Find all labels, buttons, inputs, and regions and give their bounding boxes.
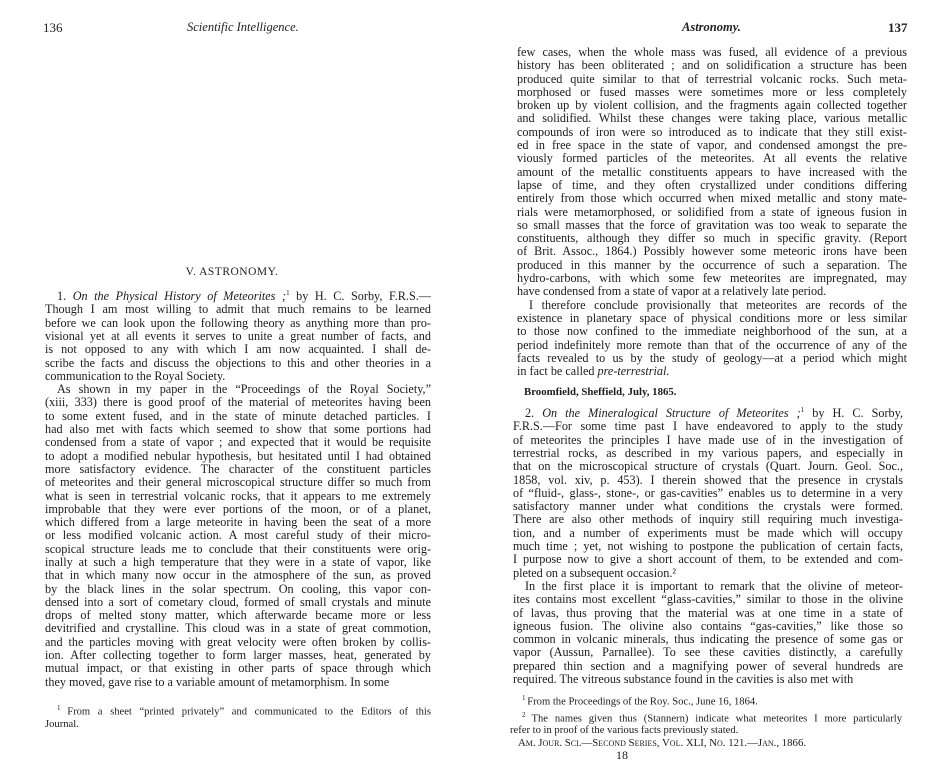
text-line: compounds of iron were so introduced as … (517, 126, 907, 139)
article-1-body: 1. On the Physical History of Meteorites… (45, 287, 431, 689)
text-line: common in volcanic minerals, thus indica… (513, 633, 903, 646)
text-line: and the particles moving with great velo… (45, 636, 431, 649)
running-head: Scientific Intelligence. (187, 20, 299, 35)
text-line: morphosed or fused masses were sometimes… (517, 86, 907, 99)
text-line: to adopt a modified nebular hypothesis, … (45, 450, 431, 463)
article-title: On the Mineralogical Structure of Meteor… (542, 406, 800, 420)
article-number: 1. (57, 289, 66, 303)
text-line: tion, and a number of experiments must b… (513, 527, 903, 540)
text-line: visional yet at all events it serves to … (45, 330, 431, 343)
article-1-title-line: 1. On the Physical History of Meteorites… (45, 287, 431, 303)
sheet-number: 18 (616, 748, 628, 760)
text-line: of meteorites and their general microsco… (45, 476, 431, 489)
text-line: produced in this manner by the occurrenc… (517, 259, 907, 272)
page-number: 137 (888, 20, 908, 36)
text-line: of lavas, thus proving that the material… (513, 607, 903, 620)
article-2-title-line: 2. On the Mineralogical Structure of Met… (513, 404, 903, 420)
article-2-body: 2. On the Mineralogical Structure of Met… (513, 404, 903, 686)
text-line: few cases, when the whole mass was fused… (517, 46, 907, 59)
text-line: densed into a sort of cometary cloud, fo… (45, 596, 431, 609)
text-line: 2 The names given thus (Stannern) indica… (510, 709, 902, 726)
text-line: that on the microscopical structure of c… (513, 460, 903, 473)
conclusion-paragraph: I therefore conclude provisionally that … (517, 299, 907, 379)
article-2-paragraph-2: In the first place it is important to re… (513, 580, 903, 686)
text-line: history has been obliterated ; and on so… (517, 59, 907, 72)
text-line: existence in planetary space of physical… (517, 312, 907, 325)
article-byline: by H. C. Sorby, F.R.S.— (296, 289, 431, 303)
text-line: satisfactory manner under what condition… (513, 500, 903, 513)
journal-signature-text: Am. Jour. Sci.—Second Series, Vol. XLI, … (518, 737, 806, 749)
text-line: facts revealed to us by the study of geo… (517, 352, 907, 365)
text-line: rials were metamorphosed, or solidified … (517, 206, 907, 219)
text-line: As shown in my paper in the “Proceedings… (45, 383, 431, 396)
text-line: Journal. (45, 719, 431, 731)
left-page: 136 Scientific Intelligence. V. ASTRONOM… (0, 0, 464, 760)
text-line: have condensed from a state of vapor at … (517, 285, 907, 298)
text-line: 1858, vol. xiv, p. 453). I therein showe… (513, 474, 903, 487)
article-1-continuation: few cases, when the whole mass was fused… (517, 46, 907, 378)
article-1-paragraph-2: As shown in my paper in the “Proceedings… (45, 383, 431, 689)
text-line: viously formed particles of the meteorit… (517, 152, 907, 165)
text-line: F.R.S.—For some time past I have endeavo… (513, 420, 903, 433)
footnote-2: 2 The names given thus (Stannern) indica… (510, 709, 902, 738)
text-line: ion. After collecting together to form l… (45, 649, 431, 662)
footnote-1: 1 From the Proceedings of the Roy. Soc.,… (510, 692, 902, 709)
text-line: prepared thin section and a magnifying p… (513, 660, 903, 673)
text-line: or less modified volcanic action. A most… (45, 529, 431, 542)
text-line: that in which many now occur in the atmo… (45, 569, 431, 582)
text-line: entirely from those which occurred when … (517, 192, 907, 205)
text-line: required. The vitreous substance found i… (513, 673, 903, 686)
text-line: of meteorites the principles I have made… (513, 434, 903, 447)
text-line: Though I am most willing to admit that m… (45, 303, 431, 316)
text-line: inally at such a high temperature that t… (45, 556, 431, 569)
text-line: is not opposed to any with which I am no… (45, 343, 431, 356)
text-line: constituents, although they differ so mu… (517, 232, 907, 245)
text-line: drops of melted stony matter, which afte… (45, 609, 431, 622)
page-number: 136 (43, 20, 63, 36)
text-line: to some extent fused, and in the state o… (45, 410, 431, 423)
footnote-ref: 1 (801, 406, 805, 414)
text-line: had also met with facts which seemed to … (45, 423, 431, 436)
text-line: lapse of time, and they often crystalliz… (517, 179, 907, 192)
text-line: so small masses that the force of gravit… (517, 219, 907, 232)
right-footnotes: 1 From the Proceedings of the Roy. Soc.,… (510, 692, 902, 737)
text-line: of “fluid-, glass-, stone-, or gas-cavit… (513, 487, 903, 500)
text-line: (xiii, 333) there is good proof of the m… (45, 396, 431, 409)
text-line: I purpose now to give a short account of… (513, 553, 903, 566)
left-footnotes: 1 From a sheet “printed privately” and c… (45, 702, 431, 731)
running-head: Astronomy. (682, 20, 741, 35)
article-number: 2. (525, 406, 534, 420)
text-line: by the black lines in the solar spectrum… (45, 583, 431, 596)
text-line: much time ; yet, not wishing to postpone… (513, 540, 903, 553)
right-page: Astronomy. 137 few cases, when the whole… (464, 0, 928, 760)
text-line: of Brit. Assoc., 1864.) Possibly however… (517, 245, 907, 258)
text-line: what is seen in terrestrial volcanic roc… (45, 490, 431, 503)
text-line: period indefinitely more remote than tha… (517, 339, 907, 352)
text-line: devitrified and crystalline. This cloud … (45, 622, 431, 635)
article-2-paragraph-1: F.R.S.—For some time past I have endeavo… (513, 420, 903, 580)
footnote-ref: 1 (286, 289, 290, 297)
text-line: communication to the Royal Society. (45, 370, 431, 383)
text-line: pleted on a subsequent occasion.² (513, 567, 903, 580)
text-line: hydro-carbons, with which some few meteo… (517, 272, 907, 285)
text-line: 1 From the Proceedings of the Roy. Soc.,… (510, 692, 902, 709)
text-line: mutual impact, or that existing in other… (45, 662, 431, 675)
text-line: to those now confined to the immediate n… (517, 325, 907, 338)
text-line: which differed from a large meteorite in… (45, 516, 431, 529)
article-title: On the Physical History of Meteorites ; (73, 289, 286, 303)
text-line: condensed from a state of vapor ; and ex… (45, 436, 431, 449)
journal-signature: Am. Jour. Sci.—Second Series, Vol. XLI, … (518, 737, 806, 749)
footnote-1: 1 From a sheet “printed privately” and c… (45, 702, 431, 731)
text-line: I therefore conclude provisionally that … (517, 299, 907, 312)
text-line: ites contains most excellent “glass-cavi… (513, 593, 903, 606)
text-line: in fact be called pre-terrestrial. (517, 365, 907, 378)
text-line: ed in free space in the state of vapor, … (517, 139, 907, 152)
text-line: There are also other methods of inquiry … (513, 513, 903, 526)
text-line: broken up by violent collision, and the … (517, 99, 907, 112)
text-line: terrestrial rocks, as described in my va… (513, 447, 903, 460)
text-line: they moved, gave rise to a variable amou… (45, 676, 431, 689)
text-line: and solidified. Whilst these changes wer… (517, 112, 907, 125)
continuation-paragraph: few cases, when the whole mass was fused… (517, 46, 907, 299)
text-line: more satisfactory evidence. The characte… (45, 463, 431, 476)
text-line: refer to in proof of the various facts p… (510, 725, 902, 737)
section-heading: V. ASTRONOMY. (0, 266, 464, 278)
article-byline: by H. C. Sorby, (812, 406, 903, 420)
text-line: amount of the metallic constituents appe… (517, 166, 907, 179)
text-line: produced quite similar to that of terres… (517, 73, 907, 86)
article-1-signoff: Broomfield, Sheffield, July, 1865. (524, 386, 904, 399)
text-line: before we can look upon the following th… (45, 317, 431, 330)
text-line: vapor (Aussun, Parnallee). To see these … (513, 646, 903, 659)
text-line: In the first place it is important to re… (513, 580, 903, 593)
text-line: scopical structure leads me to conclude … (45, 543, 431, 556)
text-line: scribe the facts and discuss the objecti… (45, 357, 431, 370)
text-line: improbable that they were ever portions … (45, 503, 431, 516)
text-line: 1 From a sheet “printed privately” and c… (45, 702, 431, 719)
article-1-paragraph-1: Though I am most willing to admit that m… (45, 303, 431, 383)
text-line: igneous fusion. The olivine also contain… (513, 620, 903, 633)
